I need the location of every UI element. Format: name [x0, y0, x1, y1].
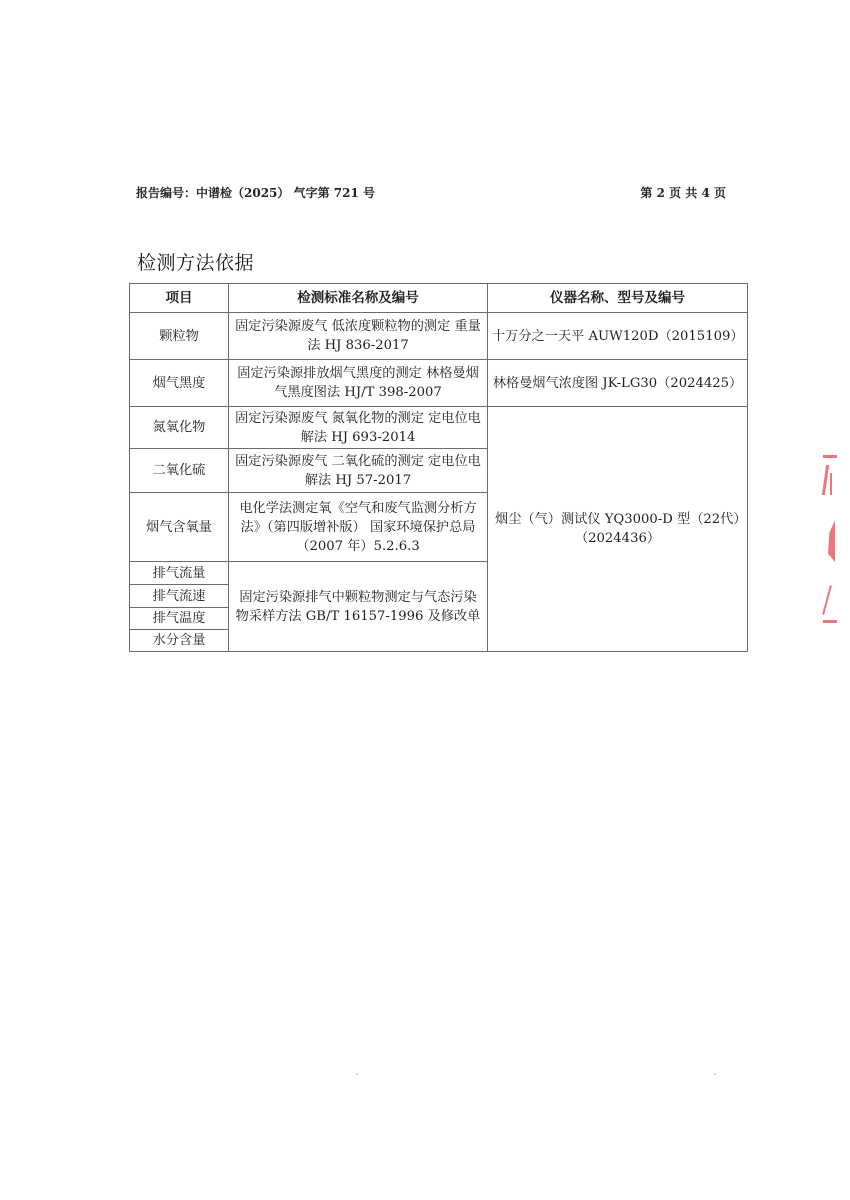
page-info: 第 2 页 共 4 页	[640, 184, 726, 201]
column-header-instrument: 仪器名称、型号及编号	[488, 284, 748, 313]
standard-cell: 固定污染源废气 二氧化硫的测定 定电位电解法 HJ 57-2017	[229, 449, 488, 493]
item-cell: 排气流量	[130, 562, 229, 585]
methods-table: 项目 检测标准名称及编号 仪器名称、型号及编号 颗粒物 固定污染源废气 低浓度颗…	[129, 283, 748, 652]
scan-speck	[714, 1073, 716, 1075]
standard-cell: 固定污染源排放烟气黑度的测定 林格曼烟气黑度图法 HJ/T 398-2007	[229, 360, 488, 407]
column-header-item: 项目	[130, 284, 229, 313]
seal-stamp-fragment	[820, 455, 842, 625]
table-row: 烟气黑度 固定污染源排放烟气黑度的测定 林格曼烟气黑度图法 HJ/T 398-2…	[130, 360, 748, 407]
item-cell: 二氧化硫	[130, 449, 229, 493]
item-cell: 烟气黑度	[130, 360, 229, 407]
item-cell: 烟气含氧量	[130, 493, 229, 562]
table-header-row: 项目 检测标准名称及编号 仪器名称、型号及编号	[130, 284, 748, 313]
section-title: 检测方法依据	[137, 248, 254, 275]
standard-cell: 固定污染源排气中颗粒物测定与气态污染物采样方法 GB/T 16157-1996 …	[229, 562, 488, 652]
column-header-standard: 检测标准名称及编号	[229, 284, 488, 313]
item-cell: 水分含量	[130, 630, 229, 652]
instrument-cell: 十万分之一天平 AUW120D（2015109）	[488, 313, 748, 360]
report-header: 报告编号：中谱检（2025） 气字第 721 号 第 2 页 共 4 页	[136, 184, 726, 202]
table-row: 颗粒物 固定污染源废气 低浓度颗粒物的测定 重量法 HJ 836-2017 十万…	[130, 313, 748, 360]
item-cell: 氮氧化物	[130, 407, 229, 449]
standard-cell: 固定污染源废气 低浓度颗粒物的测定 重量法 HJ 836-2017	[229, 313, 488, 360]
scan-speck	[356, 1073, 358, 1075]
item-cell: 排气流速	[130, 585, 229, 608]
item-cell: 排气温度	[130, 608, 229, 630]
instrument-cell: 林格曼烟气浓度图 JK-LG30（2024425）	[488, 360, 748, 407]
standard-cell: 电化学法测定氧《空气和废气监测分析方法》（第四版增补版） 国家环境保护总局（20…	[229, 493, 488, 562]
item-cell: 颗粒物	[130, 313, 229, 360]
report-number: 报告编号：中谱检（2025） 气字第 721 号	[136, 184, 375, 201]
instrument-cell: 烟尘（气）测试仪 YQ3000-D 型（22代）（2024436）	[488, 407, 748, 652]
table-row: 氮氧化物 固定污染源废气 氮氧化物的测定 定电位电解法 HJ 693-2014 …	[130, 407, 748, 449]
standard-cell: 固定污染源废气 氮氧化物的测定 定电位电解法 HJ 693-2014	[229, 407, 488, 449]
